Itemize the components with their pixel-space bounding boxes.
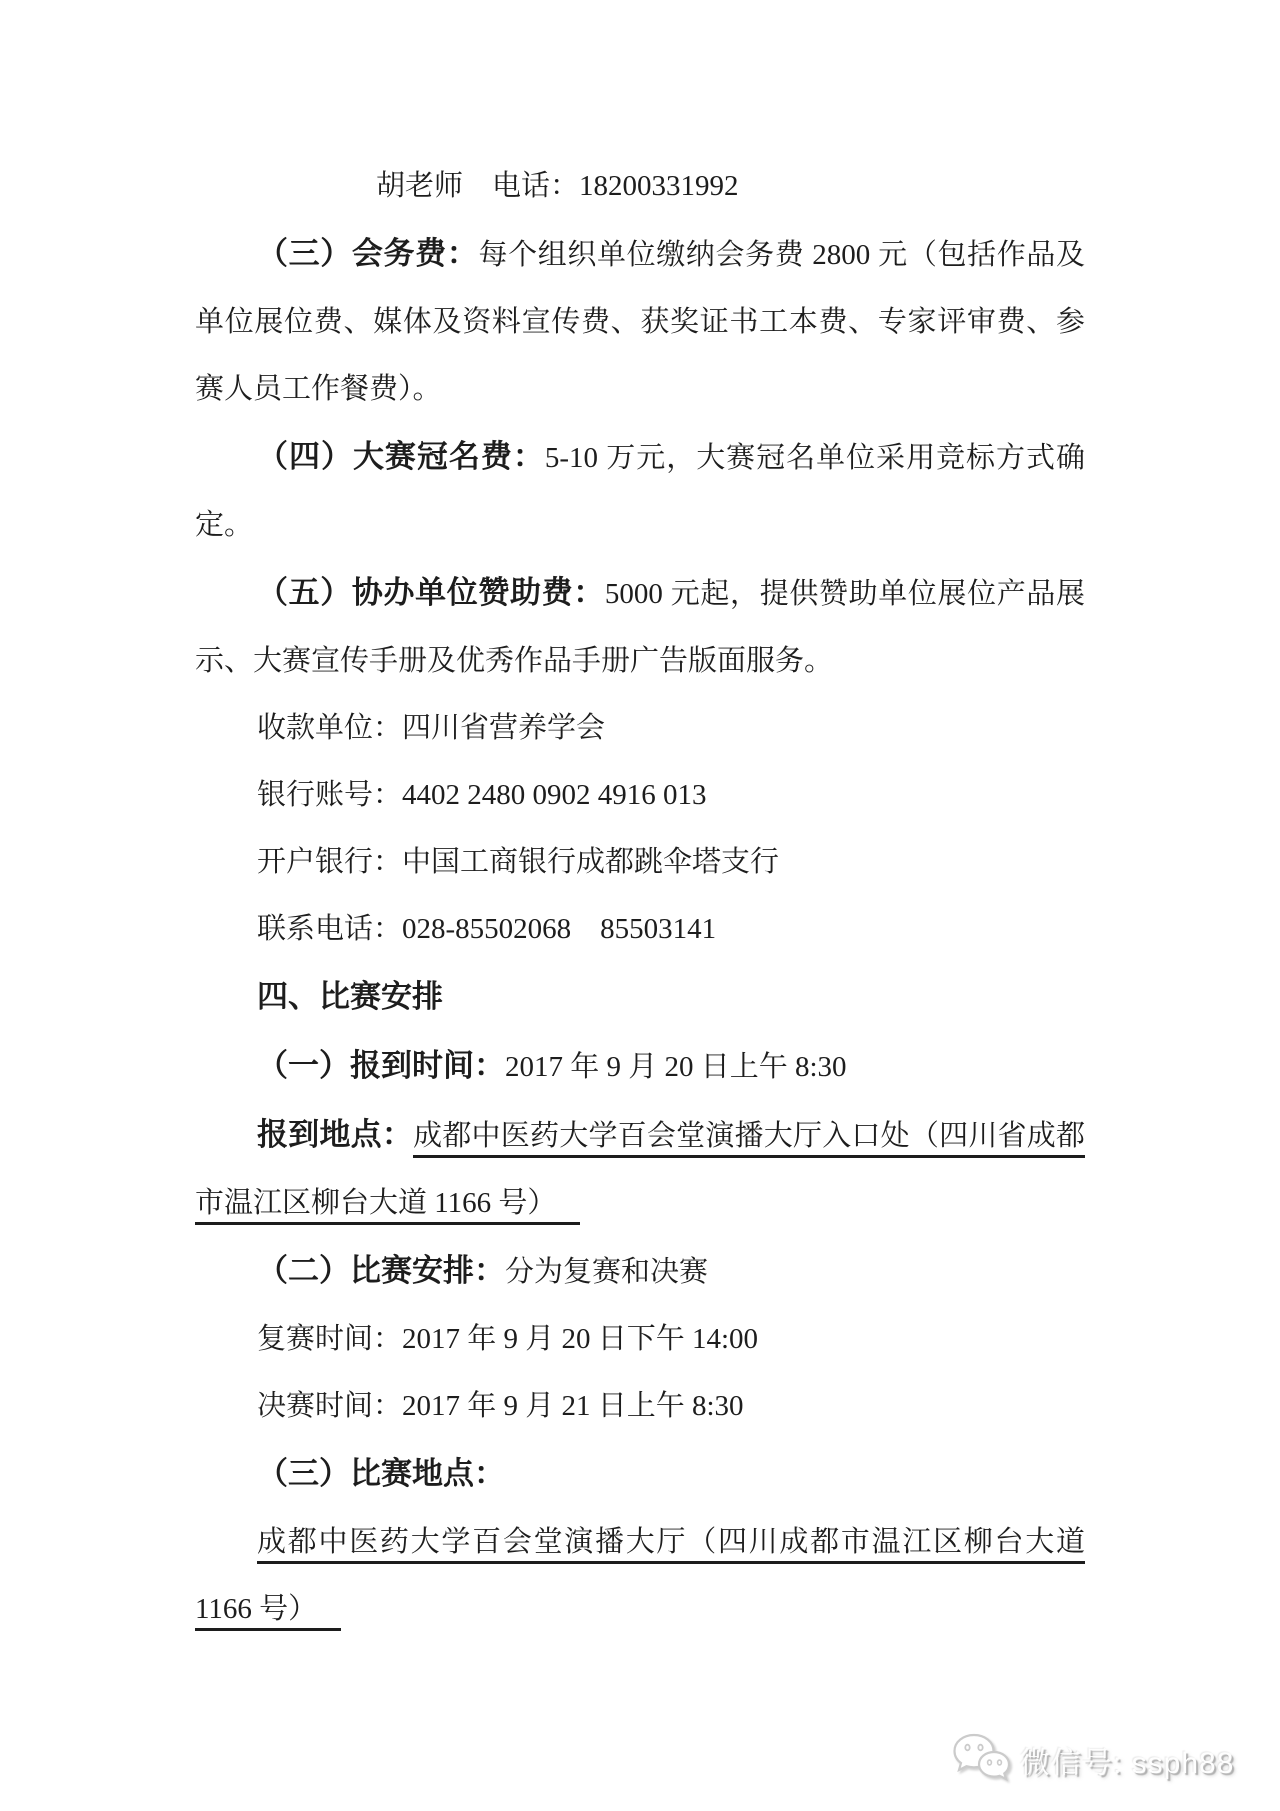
- doc-line: 联系电话：028-85502068 85503141: [195, 896, 1085, 963]
- doc-line: 开户银行：中国工商银行成都跳伞塔支行: [195, 829, 1085, 896]
- doc-text-segment: 开户银行：中国工商银行成都跳伞塔支行: [257, 846, 779, 878]
- doc-line: （五）协办单位赞助费：5000 元起，提供赞助单位展位产品展: [195, 559, 1085, 628]
- doc-line: （一）报到时间：2017 年 9 月 20 日上午 8:30: [195, 1032, 1085, 1101]
- doc-text-segment: 分为复赛和决赛: [505, 1256, 708, 1288]
- doc-line: 胡老师 电话：18200331992: [195, 153, 1085, 220]
- doc-line: 报到地点：成都中医药大学百会堂演播大厅入口处（四川省成都: [195, 1101, 1085, 1170]
- doc-line: （四）大赛冠名费：5-10 万元，大赛冠名单位采用竞标方式确: [195, 423, 1085, 492]
- doc-text-segment: 赛人员工作餐费）。: [195, 373, 442, 405]
- doc-text-segment: 2017 年 9 月 20 日上午 8:30: [505, 1051, 847, 1083]
- doc-text-segment: 5-10 万元，大赛冠名单位采用竞标方式确: [545, 442, 1085, 474]
- doc-label-segment: （四）大赛冠名费：: [257, 439, 545, 474]
- doc-text-segment: 决赛时间：2017 年 9 月 21 日上午 8:30: [257, 1390, 744, 1422]
- doc-line: （三）会务费：每个组织单位缴纳会务费 2800 元（包括作品及: [195, 220, 1085, 289]
- doc-line: （二）比赛安排：分为复赛和决赛: [195, 1237, 1085, 1306]
- doc-text-segment: 胡老师 电话：18200331992: [376, 170, 739, 202]
- doc-line: 市温江区柳台大道 1166 号）: [195, 1170, 1085, 1237]
- doc-text-segment: 每个组织单位缴纳会务费 2800 元（包括作品及: [478, 239, 1085, 271]
- wechat-icon: [950, 1732, 1012, 1788]
- doc-text-segment: 5000 元起，提供赞助单位展位产品展: [605, 578, 1085, 610]
- doc-line: 成都中医药大学百会堂演播大厅（四川成都市温江区柳台大道: [195, 1509, 1085, 1576]
- doc-line: 单位展位费、媒体及资料宣传费、获奖证书工本费、专家评审费、参: [195, 289, 1085, 356]
- doc-label-segment: （一）报到时间：: [257, 1048, 505, 1083]
- doc-line: 示、大赛宣传手册及优秀作品手册广告版面服务。: [195, 628, 1085, 695]
- doc-text-segment: 定。: [195, 509, 253, 541]
- document-page: 胡老师 电话：18200331992（三）会务费：每个组织单位缴纳会务费 280…: [195, 153, 1085, 1643]
- doc-line: （三）比赛地点：: [195, 1440, 1085, 1509]
- doc-label-segment: （三）会务费：: [257, 236, 478, 271]
- doc-text-segment: 银行账号：4402 2480 0902 4916 013: [257, 779, 707, 811]
- doc-line: 决赛时间：2017 年 9 月 21 日上午 8:30: [195, 1373, 1085, 1440]
- doc-text-segment: 成都中医药大学百会堂演播大厅入口处（四川省成都: [413, 1120, 1085, 1158]
- doc-label-segment: 四、比赛安排: [257, 979, 443, 1014]
- doc-line: 定。: [195, 492, 1085, 559]
- doc-text-segment: 联系电话：028-85502068 85503141: [257, 913, 716, 945]
- doc-text-segment: 成都中医药大学百会堂演播大厅（四川成都市温江区柳台大道: [257, 1526, 1085, 1564]
- doc-label-segment: （五）协办单位赞助费：: [257, 575, 605, 610]
- doc-text-segment: 单位展位费、媒体及资料宣传费、获奖证书工本费、专家评审费、参: [195, 306, 1085, 338]
- doc-text-segment: 1166 号）: [195, 1593, 341, 1631]
- doc-line: 收款单位：四川省营养学会: [195, 695, 1085, 762]
- watermark-wechat-id: 微信号: ssph88: [1020, 1738, 1234, 1782]
- doc-text-segment: 复赛时间：2017 年 9 月 20 日下午 14:00: [257, 1323, 758, 1355]
- doc-label-segment: （三）比赛地点：: [257, 1456, 505, 1491]
- doc-text-segment: 市温江区柳台大道 1166 号）: [195, 1187, 580, 1225]
- doc-line: 赛人员工作餐费）。: [195, 356, 1085, 423]
- doc-line: 四、比赛安排: [195, 963, 1085, 1032]
- doc-label-segment: （二）比赛安排：: [257, 1253, 505, 1288]
- doc-text-segment: 收款单位：四川省营养学会: [257, 712, 605, 744]
- doc-text-segment: 示、大赛宣传手册及优秀作品手册广告版面服务。: [195, 645, 833, 677]
- doc-label-segment: 报到地点：: [257, 1117, 413, 1152]
- wechat-watermark: 微信号: ssph88: [950, 1732, 1234, 1788]
- doc-line: 复赛时间：2017 年 9 月 20 日下午 14:00: [195, 1306, 1085, 1373]
- doc-line: 银行账号：4402 2480 0902 4916 013: [195, 762, 1085, 829]
- doc-line: 1166 号）: [195, 1576, 1085, 1643]
